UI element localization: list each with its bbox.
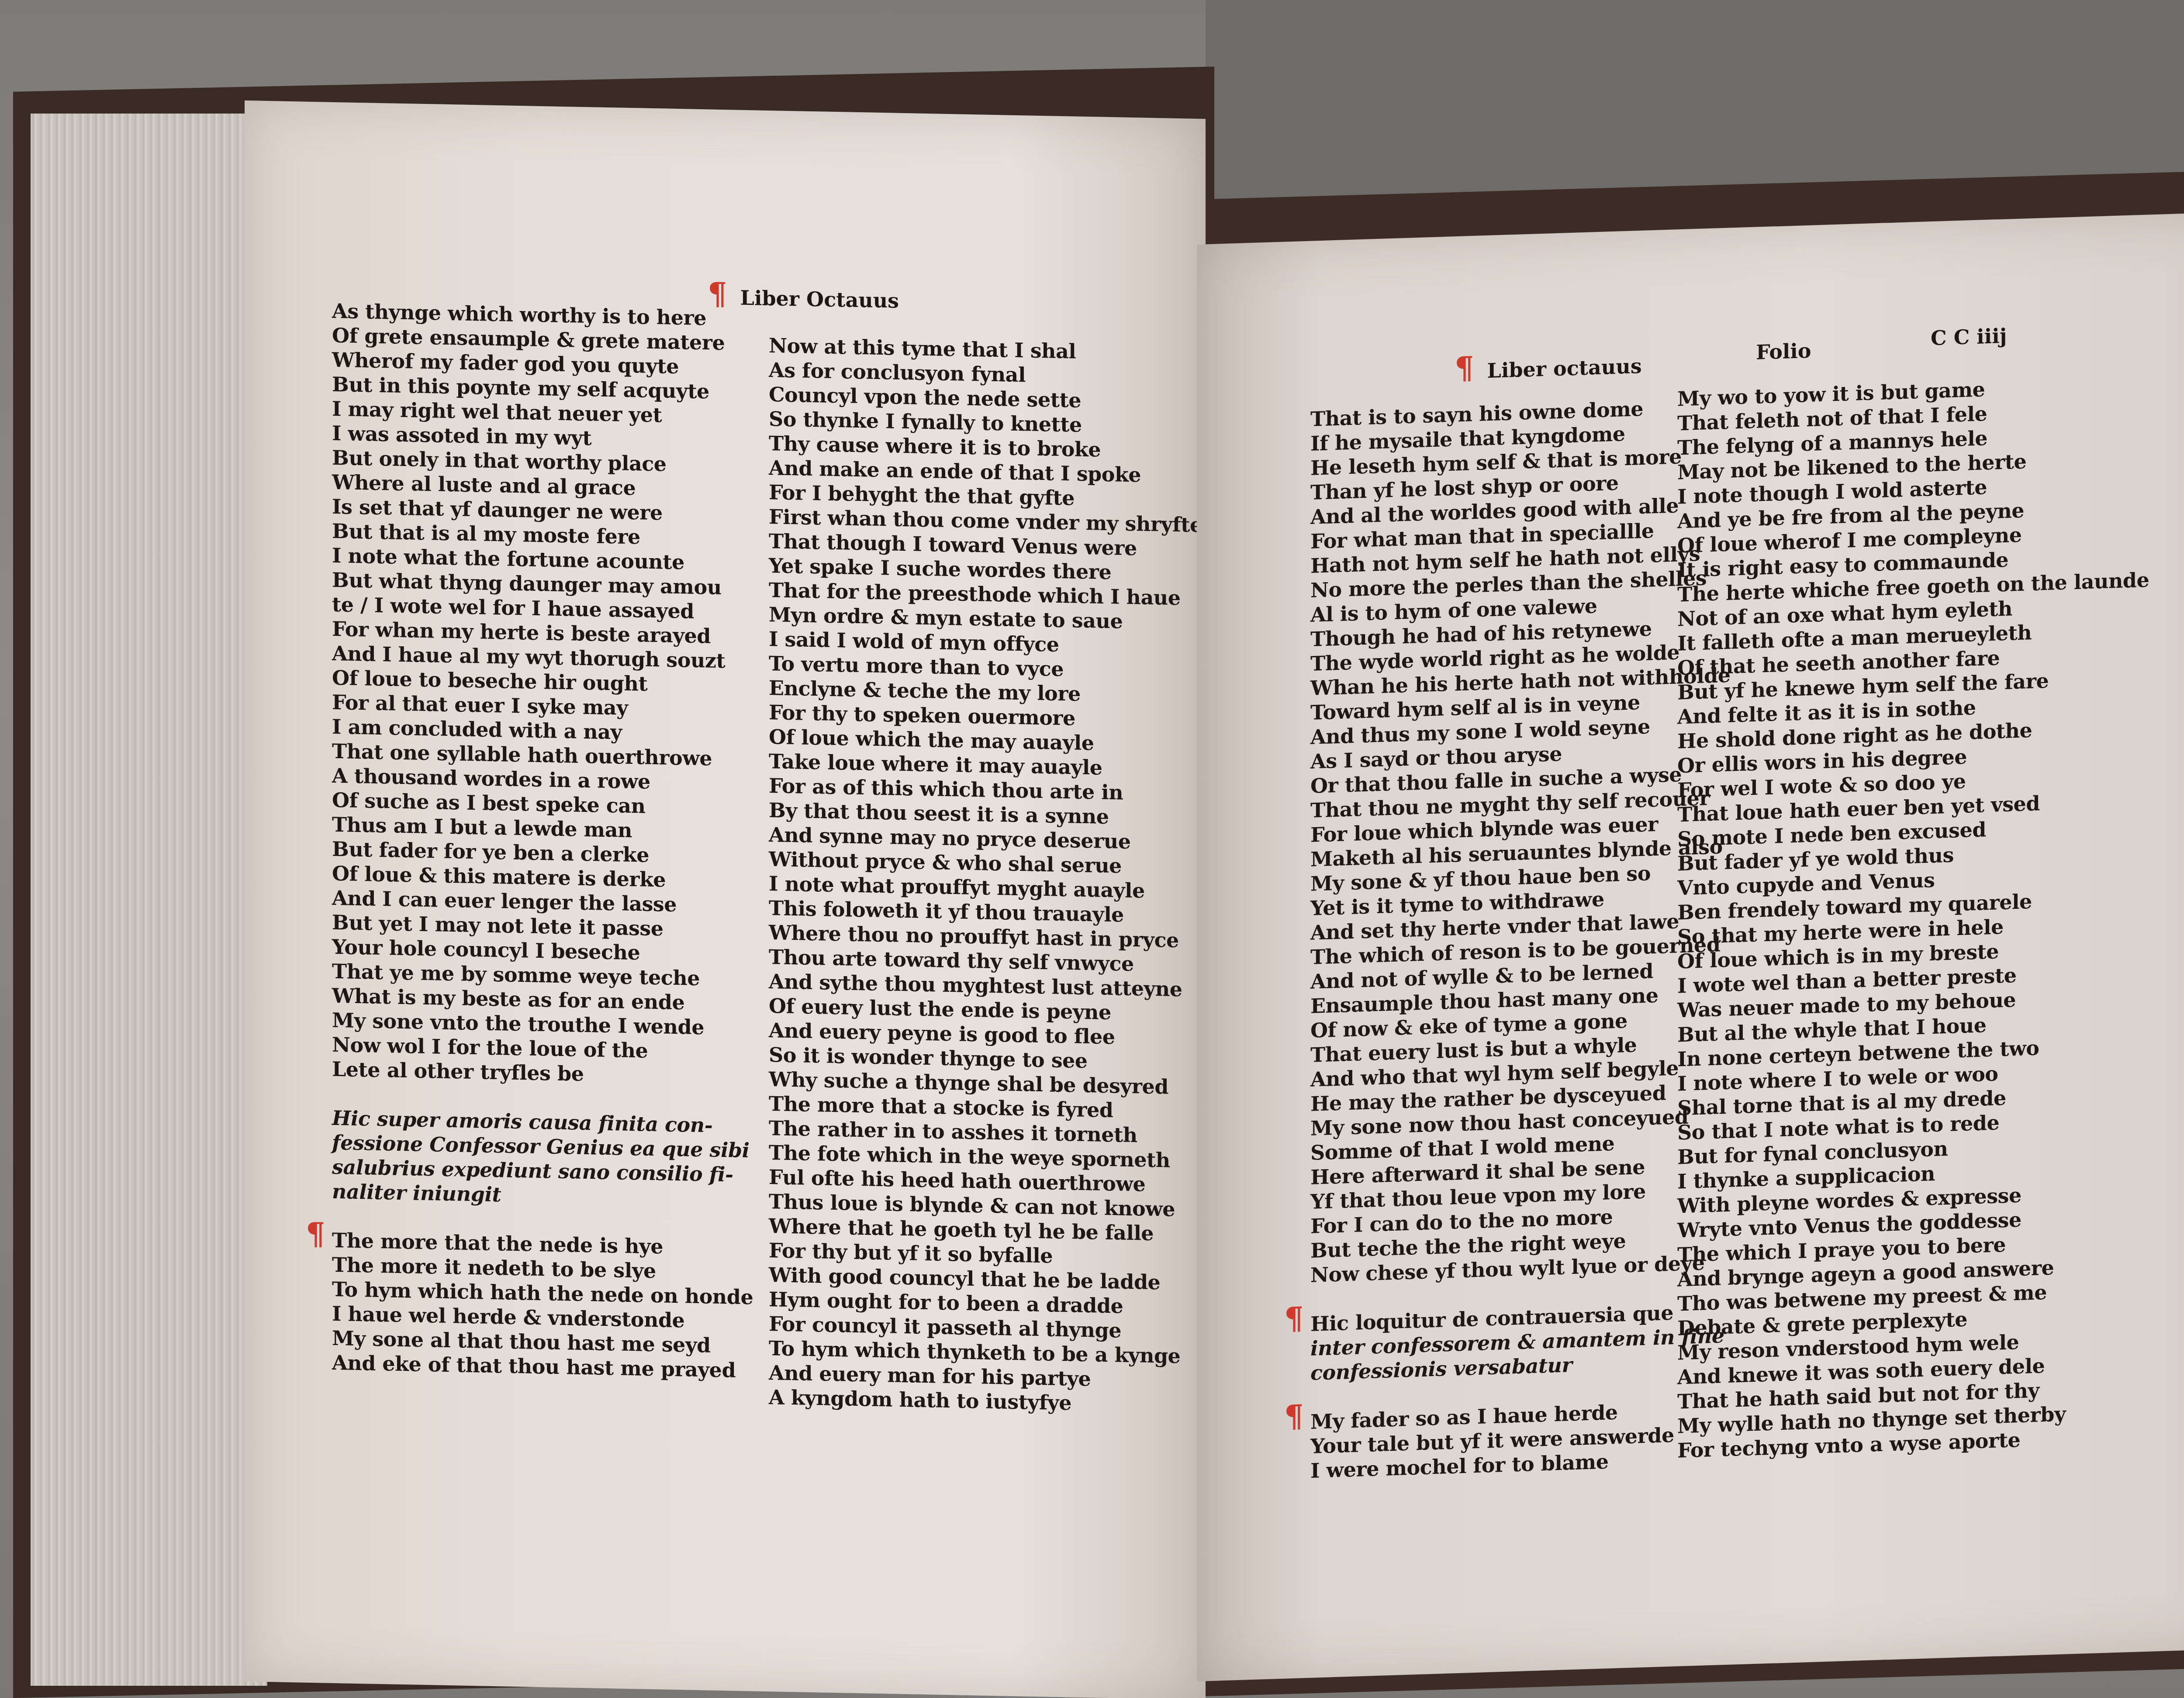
left-running-head: ¶ Liber Octauus [708,275,899,315]
pilcrow-icon: ¶ [1284,1404,1303,1429]
right-page: ¶ Liber octauus Folio C C iiij That is t… [1197,212,2184,1681]
right-page-column-2: My wo to yow it is but gameThat feleth n… [1677,373,2114,1463]
pilcrow-icon: ¶ [1284,1306,1303,1331]
right-page-column-1: That is to sayn his owne domeIf he mysai… [1310,395,1695,1483]
folio-label: Folio [1756,339,1811,364]
pilcrow-icon: ¶ [306,1222,325,1246]
running-head-title: Liber Octauus [740,286,899,313]
page-block-edge [31,114,267,1686]
right-running-head: ¶ Liber octauus [1455,344,1642,386]
left-page-column-1: As thynge which worthy is to hereOf gret… [332,299,725,1382]
left-page: ¶ Liber Octauus As thynge which worthy i… [245,100,1206,1698]
folio-number: C C iiij [1931,324,2007,350]
pilcrow-icon: ¶ [1455,349,1474,386]
left-page-column-2: Now at this tyme that I shalAs for concl… [769,333,1188,1417]
running-head-title: Liber octauus [1487,354,1642,383]
